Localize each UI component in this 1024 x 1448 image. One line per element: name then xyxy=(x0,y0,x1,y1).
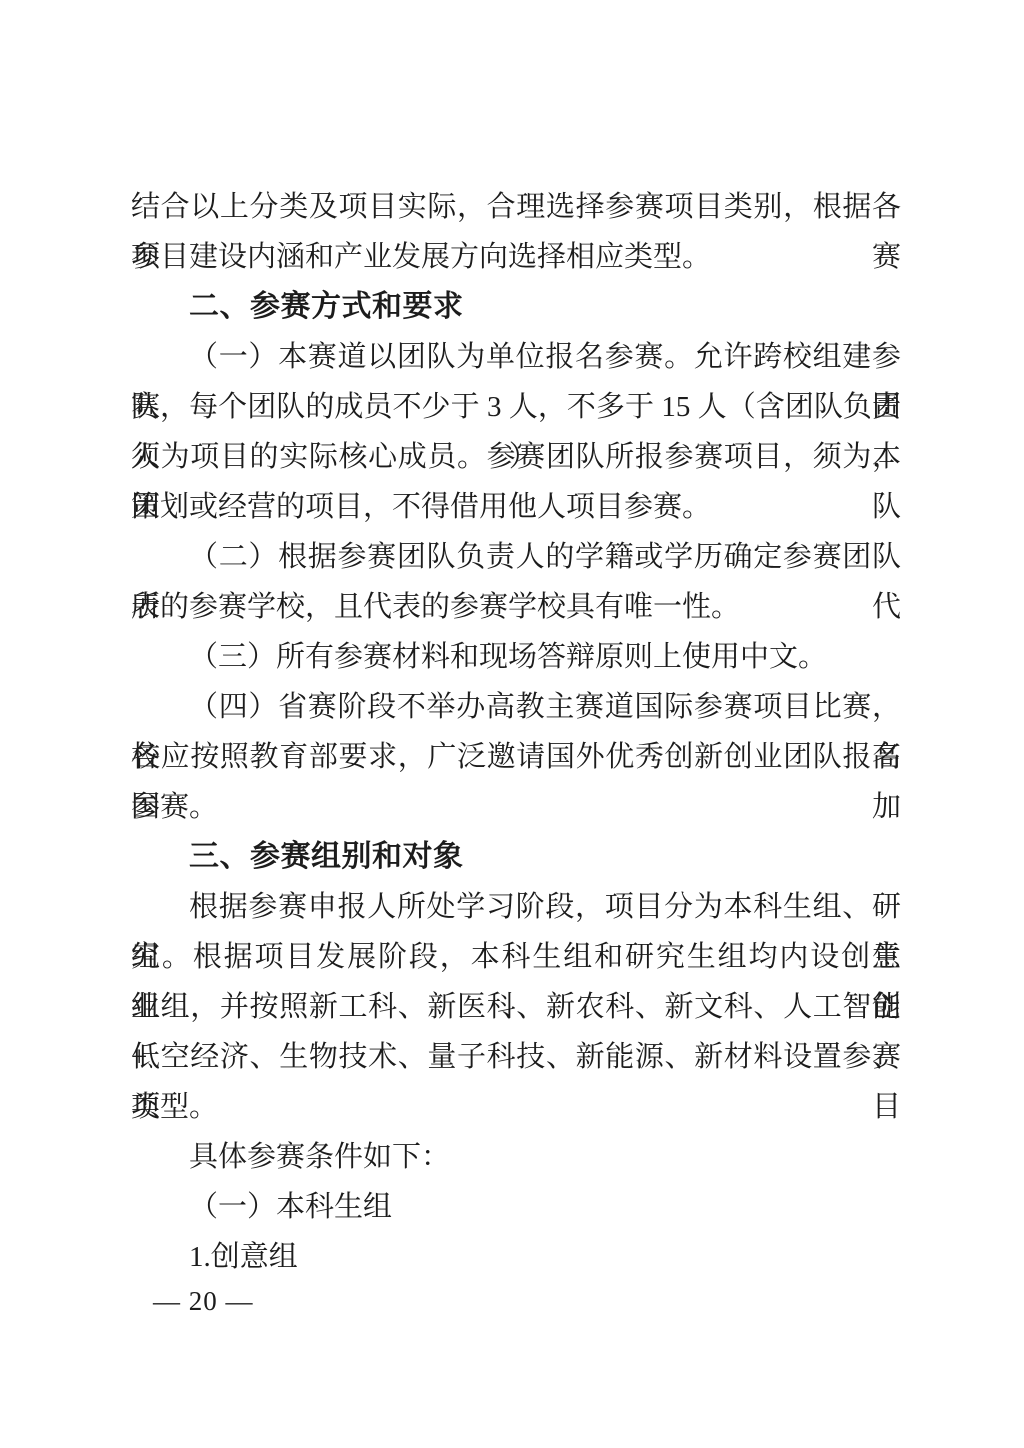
body-line: 组。根据项目发展阶段，本科生组和研究生组均内设创意组、创 xyxy=(131,932,901,982)
subheading-undergraduate-group: （一）本科生组 xyxy=(131,1182,901,1232)
subheading-creative-group: 1.创意组 xyxy=(131,1232,901,1282)
body-line: （二）根据参赛团队负责人的学籍或学历确定参赛团队所代 xyxy=(131,532,901,582)
body-line: 结合以上分类及项目实际，合理选择参赛项目类别，根据各参赛 xyxy=(131,182,901,232)
document-text-block: 结合以上分类及项目实际，合理选择参赛项目类别，根据各参赛 项目建设内涵和产业发展… xyxy=(131,182,901,1282)
document-page: 结合以上分类及项目实际，合理选择参赛项目类别，根据各参赛 项目建设内涵和产业发展… xyxy=(0,0,1024,1448)
body-line: 校应按照教育部要求，广泛邀请国外优秀创新创业团队报名参加 xyxy=(131,732,901,782)
body-line: （四）省赛阶段不举办高教主赛道国际参赛项目比赛，各高 xyxy=(131,682,901,732)
page-number: — 20 — xyxy=(153,1284,254,1318)
heading-section-3: 三、参赛组别和对象 xyxy=(131,832,901,882)
heading-section-2: 二、参赛方式和要求 xyxy=(131,282,901,332)
body-line: （三）所有参赛材料和现场答辩原则上使用中文。 xyxy=(131,632,901,682)
body-line: （一）本赛道以团队为单位报名参赛。允许跨校组建参赛团 xyxy=(131,332,901,382)
body-line: 须为项目的实际核心成员。参赛团队所报参赛项目，须为本团队 xyxy=(131,432,901,482)
body-line: 低空经济、生物技术、量子科技、新能源、新材料设置参赛项目 xyxy=(131,1032,901,1082)
body-line: 根据参赛申报人所处学习阶段，项目分为本科生组、研究生 xyxy=(131,882,901,932)
body-line: 具体参赛条件如下： xyxy=(131,1132,901,1182)
body-line: 业组，并按照新工科、新医科、新农科、新文科、人工智能+、 xyxy=(131,982,901,1032)
body-line: 队，每个团队的成员不少于 3 人，不多于 15 人（含团队负责人）， xyxy=(131,382,901,432)
